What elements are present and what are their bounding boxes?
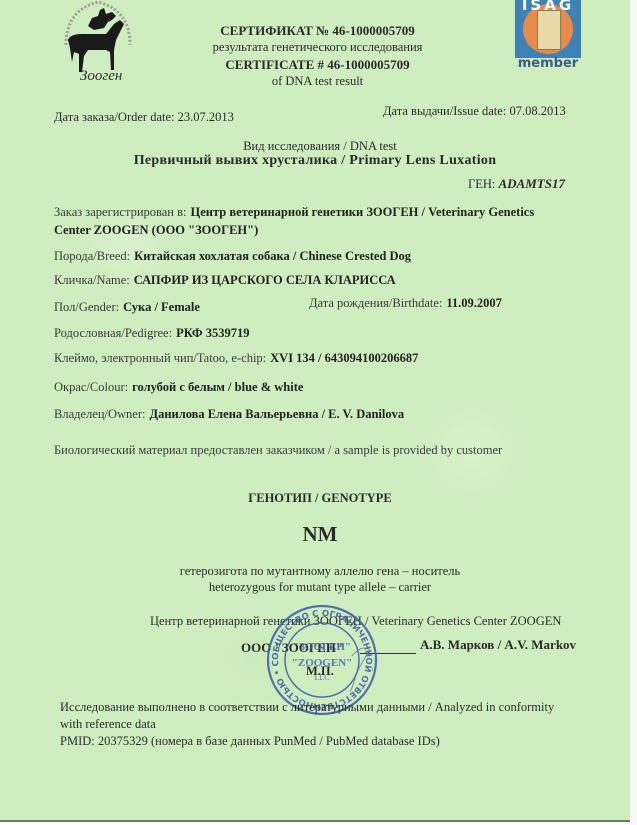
order-date-label: Дата заказа/Order date: [54,110,174,124]
name-row: Кличка/Name: САПФИР ИЗ ЦАРСКОГО СЕЛА КЛА… [54,271,396,289]
gene-label: ГЕН: [468,177,495,191]
genotype-desc-ru: гетерозигота по мутантному аллелю гена –… [130,564,510,579]
isag-emblem-icon: ISAG [515,0,581,58]
signer-name: А.В. Марков / A.V. Markov [420,637,576,653]
genotype-value: NM [220,522,420,547]
conformity-line2: with reference data [60,717,156,732]
breed-value: Китайская хохлатая собака / Chinese Cres… [134,249,411,263]
gene: ГЕН: ADAMTS17 [468,176,565,192]
chip-value: XVI 134 / 643094100206687 [270,351,418,365]
test-type-label: Вид исследования / DNA test [130,139,510,154]
colour-row: Окрас/Colour: голубой с белым / blue & w… [54,378,303,396]
name-value: САПФИР ИЗ ЦАРСКОГО СЕЛА КЛАРИССА [134,273,396,287]
name-label: Кличка/Name: [54,273,130,287]
birthdate-label: Дата рождения/Birthdate: [309,296,442,310]
test-name: Первичный вывих хрусталика / Primary Len… [100,153,530,169]
genotype-desc-en: heterozygous for mutant type allele – ca… [130,580,510,595]
sample-note: Биологический материал предоставлен зака… [54,443,502,458]
conformity-line1: Исследование выполнено в соответствии с … [60,700,554,715]
isag-member-logo: ISAG member [515,0,581,75]
gender-label: Пол/Gender: [54,300,119,314]
pedigree-value: РКФ 3539719 [176,326,249,340]
gender-value: Сука / Female [123,300,200,314]
zoogen-logo: Зооген [58,0,138,92]
registered-value-line2: Center ZOOGEN (ООО "ЗООГЕН") [54,223,258,237]
svg-text:LLC: LLC [314,673,329,682]
svg-text:"ZOOGEN": "ZOOGEN" [292,657,353,669]
certificate-number-ru: СЕРТИФИКАТ № 46-1000005709 [150,22,485,39]
birthdate-value: 11.09.2007 [446,296,502,310]
subtitle-ru: результата генетического исследования [150,39,485,56]
certificate-title: СЕРТИФИКАТ № 46-1000005709 результата ге… [150,22,485,90]
colour-label: Окрас/Colour: [54,380,128,394]
svg-text:"ЗООГЕН": "ЗООГЕН" [293,641,351,653]
isag-member-caption: member [515,56,581,71]
birthdate-row: Дата рождения/Birthdate: 11.09.2007 [309,294,502,312]
order-date-value: 23.07.2013 [178,110,234,124]
pedigree-label: Родословная/Pedigree: [54,326,172,340]
genotype-heading: ГЕНОТИП / GENOTYPE [170,491,470,506]
breed-row: Порода/Breed: Китайская хохлатая собака … [54,247,411,265]
owner-label: Владелец/Owner: [54,407,145,421]
colour-value: голубой с белым / blue & white [132,380,303,394]
chip-row: Клеймо, электронный чип/Tatoo, e-chip: X… [54,349,418,367]
issue-date: Дата выдачи/Issue date: 07.08.2013 [383,104,566,119]
pedigree-row: Родословная/Pedigree: РКФ 3539719 [54,324,249,342]
registered-at: Заказ зарегистрирован в: Центр ветеринар… [54,203,534,239]
issue-date-label: Дата выдачи/Issue date: [383,104,506,118]
registered-label: Заказ зарегистрирован в: [54,205,186,219]
registered-value-line1: Центр ветеринарной генетики ЗООГЕН / Vet… [190,205,534,219]
issue-date-value: 07.08.2013 [509,104,565,118]
breed-label: Порода/Breed: [54,249,130,263]
owner-row: Владелец/Owner: Данилова Елена Вальерьев… [54,405,404,423]
chip-label: Клеймо, электронный чип/Tatoo, e-chip: [54,351,266,365]
order-date: Дата заказа/Order date: 23.07.2013 [54,110,234,125]
isag-label: ISAG [517,0,579,14]
gene-value: ADAMTS17 [499,176,565,191]
gender-row: Пол/Gender: Сука / Female [54,298,200,316]
certificate-number-en: CERTIFICATE # 46-1000005709 [150,56,485,73]
pmid-reference: PMID: 20375329 (номера в базе данных Pun… [60,734,440,749]
scan-margin [630,0,637,825]
owner-value: Данилова Елена Вальерьевна / E. V. Danil… [149,407,404,421]
logo-text: Зооген [80,68,122,85]
subtitle-en: of DNA test result [150,73,485,90]
